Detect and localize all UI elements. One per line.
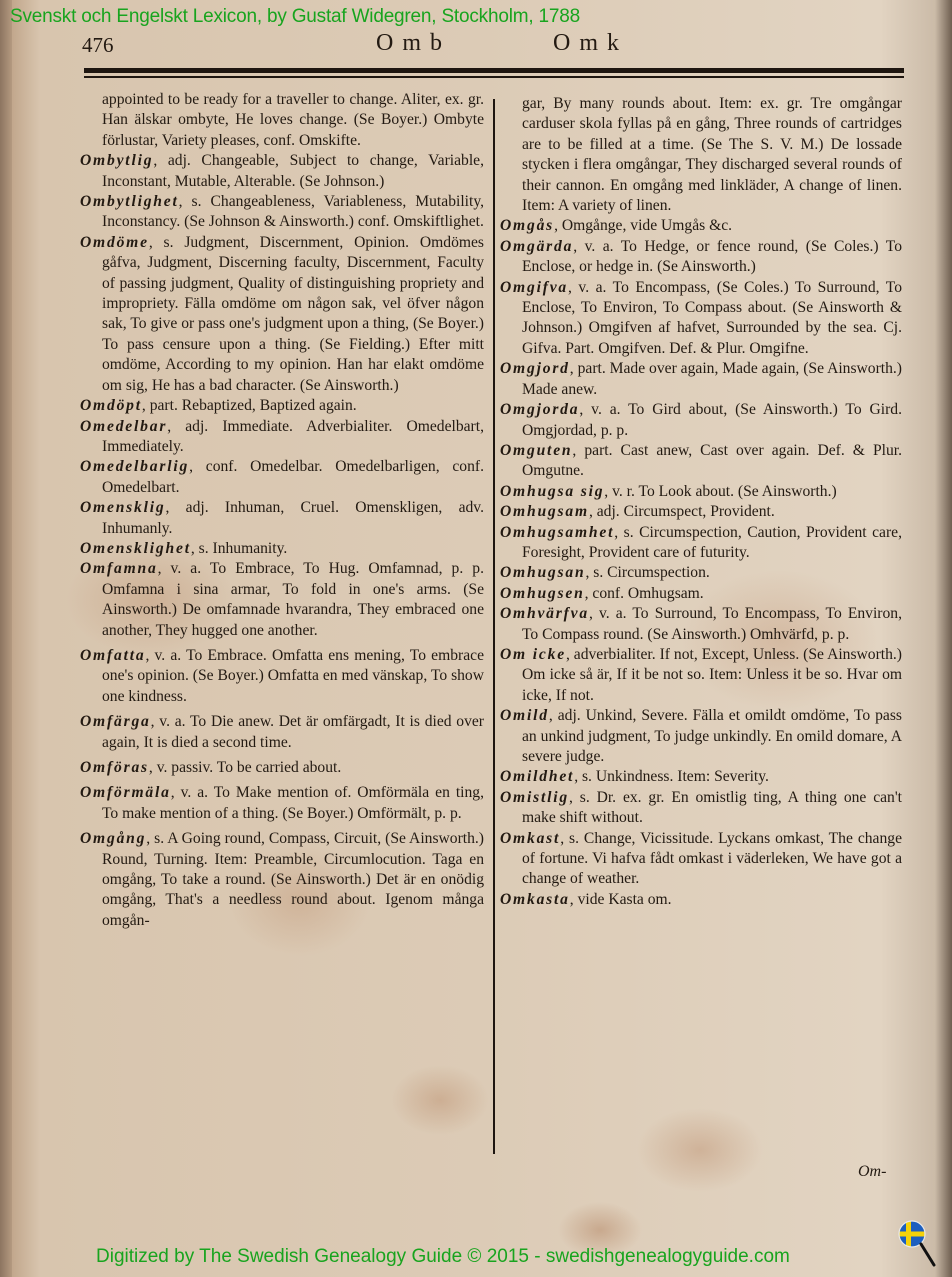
dictionary-entry: Omgjord, part. Made over again, Made aga… (500, 359, 902, 400)
header-rule-thin (84, 76, 904, 78)
headword: Omdöpt (80, 397, 142, 414)
dictionary-entry: Omhugsamhet, s. Circumspection, Caution,… (500, 523, 902, 564)
definition: , adverbialiter. If not, Except, Unless.… (522, 646, 902, 704)
dictionary-entry: Ombytlighet, s. Changeableness, Variable… (80, 192, 484, 233)
dictionary-entry: Omild, adj. Unkind, Severe. Fälla et omi… (500, 706, 902, 767)
dictionary-entry: Omgång, s. A Going round, Compass, Circu… (80, 829, 484, 931)
dictionary-entry: Omfamna, v. a. To Embrace, To Hug. Omfam… (80, 559, 484, 641)
definition: , v. r. To Look about. (Se Ainsworth.) (604, 483, 836, 500)
dictionary-entry: Omgjorda, v. a. To Gird about, (Se Ainsw… (500, 400, 902, 441)
dictionary-entry: Omistlig, s. Dr. ex. gr. En omistlig tin… (500, 788, 902, 829)
headword: Om icke (500, 646, 566, 663)
dictionary-entry: Omföras, v. passiv. To be carried about. (80, 758, 484, 778)
headword: Omkasta (500, 891, 570, 908)
dictionary-entry: Omhugsam, adj. Circumspect, Provident. (500, 502, 902, 522)
definition: , v. passiv. To be carried about. (149, 759, 341, 776)
headword: Omensklighet (80, 540, 191, 557)
headword: Omföras (80, 759, 149, 776)
dictionary-entry: Omkast, s. Change, Vicissitude. Lyckans … (500, 829, 902, 890)
headword: Omistlig (500, 789, 569, 806)
definition: , v. a. To Embrace. Omfatta ens mening, … (102, 647, 484, 705)
definition: , part. Cast anew, Cast over again. Def.… (522, 442, 902, 479)
definition: , part. Made over again, Made again, (Se… (522, 360, 902, 397)
definition: , s. Unkindness. Item: Severity. (574, 768, 769, 785)
headword: Omgärda (500, 238, 573, 255)
headword: Omhugsen (500, 585, 585, 602)
headword: Omildhet (500, 768, 574, 785)
dictionary-entry: Omkasta, vide Kasta om. (500, 890, 902, 910)
headword: Omkast (500, 830, 560, 847)
headword: Omdöme (80, 234, 149, 251)
definition: , adj. Unkind, Severe. Fälla et omildt o… (522, 707, 902, 765)
headword: Omgjord (500, 360, 570, 377)
definition: , v. a. To Hedge, or fence round, (Se Co… (522, 238, 902, 275)
dictionary-entry: Omguten, part. Cast anew, Cast over agai… (500, 441, 902, 482)
headword: Omgifva (500, 279, 568, 296)
headword: Omfatta (80, 647, 145, 664)
dictionary-entry: Omhugsan, s. Circumspection. (500, 563, 902, 583)
running-head-right: Omk (553, 30, 628, 57)
headword: Omhugsamhet (500, 524, 614, 541)
scanned-page: Svenskt och Engelskt Lexicon, by Gustaf … (0, 0, 952, 1277)
page-number: 476 (82, 33, 114, 58)
dictionary-entry: Omhvärfva, v. a. To Surround, To Encompa… (500, 604, 902, 645)
headword: Omild (500, 707, 549, 724)
headword: Omhugsam (500, 503, 589, 520)
headword: Omgås (500, 217, 554, 234)
definition: , s. Judgment, Discernment, Opinion. Omd… (102, 234, 484, 394)
definition: , part. Rebaptized, Baptized again. (142, 397, 357, 414)
headword: Omguten (500, 442, 572, 459)
headword: Omhvärfva (500, 605, 589, 622)
definition: , Omgånge, vide Umgås &c. (554, 217, 732, 234)
definition: , s. A Going round, Compass, Circuit, (S… (102, 830, 484, 929)
dictionary-entry: Omildhet, s. Unkindness. Item: Severity. (500, 767, 902, 787)
digitizer-credit: Digitized by The Swedish Genealogy Guide… (96, 1246, 790, 1268)
header-rule-thick (84, 68, 904, 73)
dictionary-entry: Omfärga, v. a. To Die anew. Det är omfär… (80, 712, 484, 753)
right-column: gar, By many rounds about. Item: ex. gr.… (500, 94, 902, 910)
definition: , s. Inhumanity. (191, 540, 287, 557)
dictionary-entry: Omhugsen, conf. Omhugsam. (500, 584, 902, 604)
definition: , s. Circumspection. (585, 564, 709, 581)
dictionary-entry: Omdöme, s. Judgment, Discernment, Opinio… (80, 233, 484, 396)
definition: , adj. Circumspect, Provident. (589, 503, 775, 520)
running-head-left: Omb (376, 30, 451, 57)
dictionary-entry: Omensklighet, s. Inhumanity. (80, 539, 484, 559)
headword: Omensklig (80, 499, 166, 516)
dictionary-entry: Omhugsa sig, v. r. To Look about. (Se Ai… (500, 482, 902, 502)
dictionary-entry: Omgärda, v. a. To Hedge, or fence round,… (500, 237, 902, 278)
headword: Ombytlig (80, 152, 153, 169)
dictionary-entry: Omförmäla, v. a. To Make mention of. Omf… (80, 783, 484, 824)
column-divider (493, 99, 495, 1154)
continuation-text: gar, By many rounds about. Item: ex. gr.… (500, 94, 902, 216)
catchword: Om- (858, 1163, 886, 1181)
headword: Omedelbar (80, 418, 167, 435)
dictionary-entry: Om icke, adverbialiter. If not, Except, … (500, 645, 902, 706)
headword: Omfamna (80, 560, 158, 577)
dictionary-entry: Omensklig, adj. Inhuman, Cruel. Omenskli… (80, 498, 484, 539)
definition: , v. a. To Die anew. Det är omfärgadt, I… (102, 713, 484, 750)
dictionary-entry: Omdöpt, part. Rebaptized, Baptized again… (80, 396, 484, 416)
definition: , vide Kasta om. (570, 891, 672, 908)
dictionary-entry: Ombytlig, adj. Changeable, Subject to ch… (80, 151, 484, 192)
continuation-text: appointed to be ready for a traveller to… (80, 90, 484, 151)
headword: Omgång (80, 830, 146, 847)
headword: Omfärga (80, 713, 151, 730)
left-column: appointed to be ready for a traveller to… (80, 90, 484, 931)
headword: Omedelbarlig (80, 458, 189, 475)
headword: Ombytlighet (80, 193, 179, 210)
headword: Omförmäla (80, 784, 171, 801)
book-spine-shadow (0, 0, 12, 1277)
definition: , adj. Changeable, Subject to change, Va… (102, 152, 484, 189)
source-banner: Svenskt och Engelskt Lexicon, by Gustaf … (10, 6, 580, 28)
definition: , v. a. To Encompass, (Se Coles.) To Sur… (522, 279, 902, 357)
dictionary-entry: Omfatta, v. a. To Embrace. Omfatta ens m… (80, 646, 484, 707)
definition: , conf. Omhugsam. (585, 585, 704, 602)
definition: , s. Dr. ex. gr. En omistlig ting, A thi… (522, 789, 902, 826)
dictionary-entry: Omedelbar, adj. Immediate. Adverbialiter… (80, 417, 484, 458)
dictionary-entry: Omgås, Omgånge, vide Umgås &c. (500, 216, 902, 236)
definition: , s. Change, Vicissitude. Lyckans omkast… (522, 830, 902, 888)
dictionary-entry: Omedelbarlig, conf. Omedelbar. Omedelbar… (80, 457, 484, 498)
headword: Omgjorda (500, 401, 579, 418)
swedish-flag-magnifier-icon (897, 1219, 937, 1269)
headword: Omhugsa sig (500, 483, 604, 500)
dictionary-entry: Omgifva, v. a. To Encompass, (Se Coles.)… (500, 278, 902, 360)
definition: , v. a. To Gird about, (Se Ainsworth.) T… (522, 401, 902, 438)
headword: Omhugsan (500, 564, 585, 581)
definition: , v. a. To Embrace, To Hug. Omfamnad, p.… (102, 560, 484, 638)
